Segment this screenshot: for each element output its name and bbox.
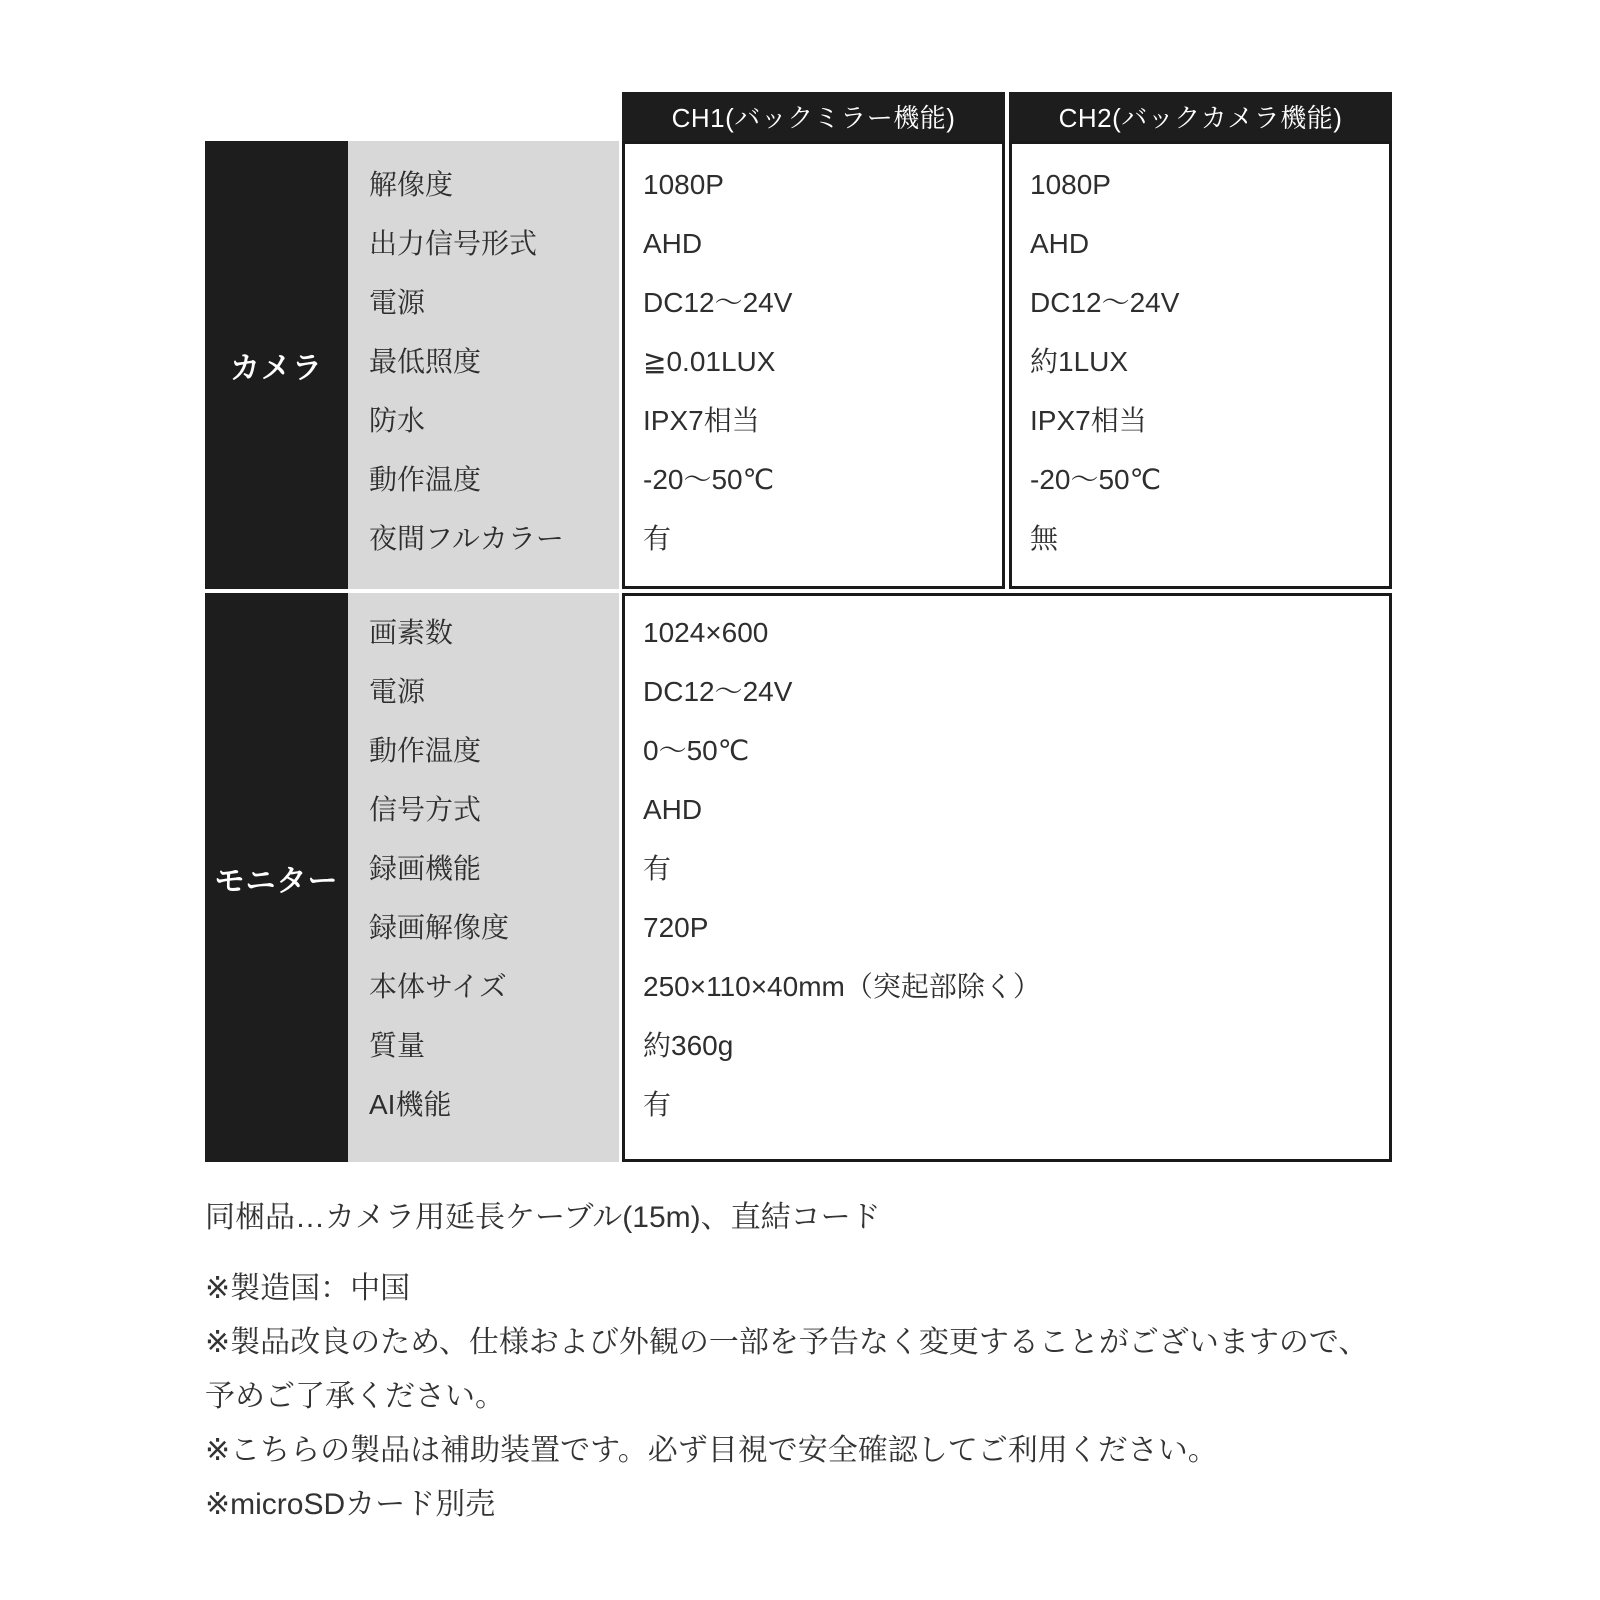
camera-spec-label: 解像度 — [348, 155, 619, 214]
monitor-value: 0〜50℃ — [625, 721, 1389, 780]
monitor-value: 約360g — [625, 1016, 1389, 1075]
monitor-value: 有 — [625, 1075, 1389, 1134]
camera-ch2-value: -20〜50℃ — [1012, 450, 1389, 509]
note-line: ※製造国：中国 — [205, 1262, 1415, 1316]
column-header-ch2: CH2(バックカメラ機能) — [1009, 92, 1392, 141]
monitor-spec-label: 動作温度 — [348, 721, 619, 780]
notes-block: ※製造国：中国 ※製品改良のため、仕様および外観の一部を予告なく変更することがご… — [205, 1262, 1415, 1532]
note-line: ※こちらの製品は補助装置です。必ず目視で安全確認してご利用ください。 — [205, 1424, 1415, 1478]
camera-ch1-value: ≧0.01LUX — [625, 332, 1002, 391]
monitor-value: AHD — [625, 780, 1389, 839]
note-line: 予めご了承ください。 — [205, 1370, 1415, 1424]
included-items-line: 同梱品…カメラ用延長ケーブル(15m)、直結コード — [205, 1196, 1405, 1240]
monitor-value: 720P — [625, 898, 1389, 957]
monitor-spec-label: 画素数 — [348, 603, 619, 662]
monitor-spec-label: 録画機能 — [348, 839, 619, 898]
monitor-value: DC12〜24V — [625, 662, 1389, 721]
camera-ch1-value: IPX7相当 — [625, 391, 1002, 450]
camera-spec-label: 動作温度 — [348, 450, 619, 509]
camera-spec-label: 最低照度 — [348, 332, 619, 391]
monitor-spec-label: 質量 — [348, 1016, 619, 1075]
camera-ch2-values: 1080P AHD DC12〜24V 約1LUX IPX7相当 -20〜50℃ … — [1009, 141, 1392, 589]
note-line: ※製品改良のため、仕様および外観の一部を予告なく変更することがございますので、 — [205, 1316, 1415, 1370]
camera-spec-label: 出力信号形式 — [348, 214, 619, 273]
monitor-spec-label: 録画解像度 — [348, 898, 619, 957]
camera-ch2-value: IPX7相当 — [1012, 391, 1389, 450]
section-title-camera: カメラ — [230, 343, 323, 387]
section-cell-camera: カメラ — [205, 141, 348, 589]
monitor-spec-label: 信号方式 — [348, 780, 619, 839]
camera-ch1-value: 1080P — [625, 155, 1002, 214]
note-line: ※microSDカード別売 — [205, 1478, 1415, 1532]
camera-spec-label: 防水 — [348, 391, 619, 450]
monitor-values: 1024×600 DC12〜24V 0〜50℃ AHD 有 720P 250×1… — [622, 593, 1392, 1162]
monitor-spec-label: 電源 — [348, 662, 619, 721]
section-cell-monitor: モニター — [205, 593, 348, 1162]
monitor-value: 1024×600 — [625, 603, 1389, 662]
monitor-spec-label: 本体サイズ — [348, 957, 619, 1016]
camera-ch2-value: AHD — [1012, 214, 1389, 273]
camera-ch1-value: AHD — [625, 214, 1002, 273]
monitor-label-column: 画素数 電源 動作温度 信号方式 録画機能 録画解像度 本体サイズ 質量 AI機… — [348, 593, 619, 1162]
camera-ch2-value: 約1LUX — [1012, 332, 1389, 391]
camera-ch1-values: 1080P AHD DC12〜24V ≧0.01LUX IPX7相当 -20〜5… — [622, 141, 1005, 589]
monitor-value: 250×110×40mm（突起部除く） — [625, 957, 1389, 1016]
camera-ch1-value: DC12〜24V — [625, 273, 1002, 332]
spec-sheet: CH1(バックミラー機能) CH2(バックカメラ機能) カメラ 解像度 出力信号… — [0, 0, 1600, 1600]
camera-ch2-value: 無 — [1012, 509, 1389, 568]
camera-ch1-value: 有 — [625, 509, 1002, 568]
camera-spec-label: 夜間フルカラー — [348, 509, 619, 568]
monitor-spec-label: AI機能 — [348, 1075, 619, 1134]
camera-label-column: 解像度 出力信号形式 電源 最低照度 防水 動作温度 夜間フルカラー — [348, 141, 619, 589]
camera-spec-label: 電源 — [348, 273, 619, 332]
camera-ch1-value: -20〜50℃ — [625, 450, 1002, 509]
monitor-value: 有 — [625, 839, 1389, 898]
camera-ch2-value: 1080P — [1012, 155, 1389, 214]
section-title-monitor: モニター — [215, 856, 339, 900]
column-header-ch1: CH1(バックミラー機能) — [622, 92, 1005, 141]
camera-ch2-value: DC12〜24V — [1012, 273, 1389, 332]
